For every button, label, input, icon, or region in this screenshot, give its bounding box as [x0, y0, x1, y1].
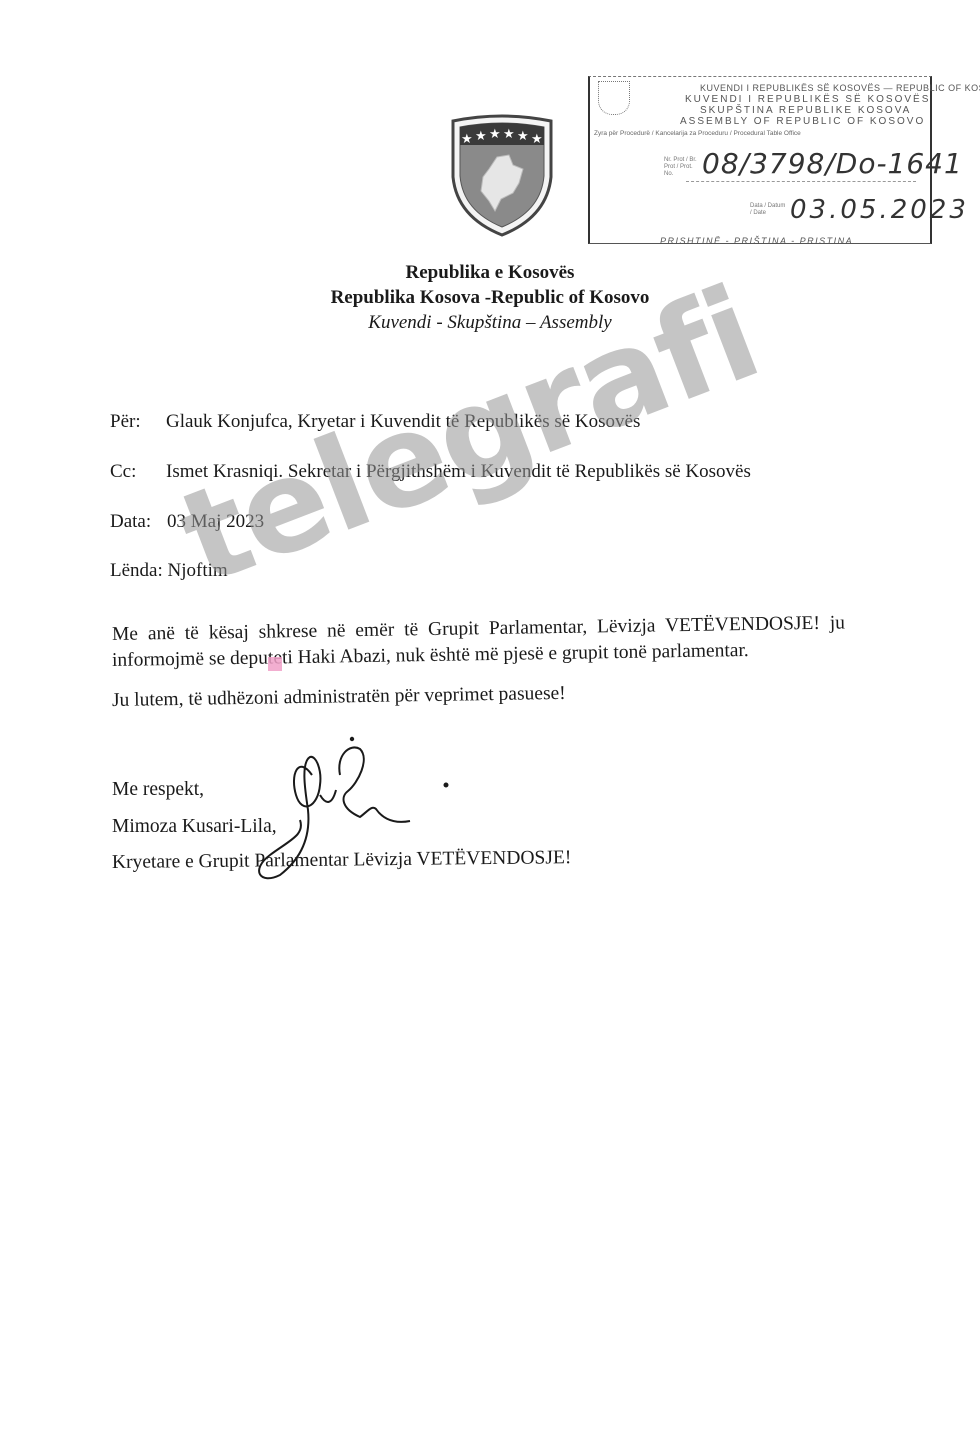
svg-text:★: ★ [503, 127, 515, 142]
coat-of-arms-icon: ★ ★ ★ ★ ★ ★ [447, 113, 557, 237]
stamp-prot-labels: Nr. Prot / Br. Prot / Prot. No. [664, 157, 700, 178]
stamp-line-2: KUVENDI I REPUBLIKËS SË KOSOVËS [685, 94, 930, 105]
watermark-dot-icon [268, 657, 282, 671]
signature-icon [240, 735, 470, 895]
svg-text:★: ★ [489, 127, 501, 142]
stamp-office: Zyra për Procedurë / Kancelarija za Proc… [594, 130, 801, 137]
svg-text:★: ★ [461, 132, 473, 147]
stamp-line-1: KUVENDI I REPUBLIKËS SË KOSOVËS — REPUBL… [700, 83, 980, 93]
header-line-2: Republika Kosova -Republic of Kosovo [0, 287, 980, 309]
stamp-city: PRISHTINË - PRIŠTINA - PRISTINA [660, 236, 853, 246]
header-line-1: Republika e Kosovës [0, 262, 980, 284]
stamp-emblem-icon [598, 81, 630, 115]
stamp-date-labels: Data / Datum / Date [750, 203, 786, 217]
svg-text:★: ★ [517, 129, 529, 144]
body-paragraph-1-line-2: informojmë se deputeti Haki Abazi, nuk ë… [112, 640, 749, 672]
header-line-3: Kuvendi - Skupština – Assembly [0, 312, 980, 334]
stamp-line-3: SKUPŠTINA REPUBLIKE KOSOVA [700, 105, 911, 116]
per-label: Për: [110, 411, 166, 433]
registry-stamp: KUVENDI I REPUBLIKËS SË KOSOVËS — REPUBL… [588, 76, 932, 244]
stamp-line-4: ASSEMBLY OF REPUBLIC OF KOSOVO [680, 116, 925, 127]
data-label: Data: [110, 511, 167, 533]
stamp-prot-number: 08/3798/Do-1641 [702, 147, 963, 180]
closing-greeting: Me respekt, [112, 779, 204, 801]
body-paragraph-2: Ju lutem, të udhëzoni administratën për … [112, 683, 566, 712]
svg-text:★: ★ [531, 132, 543, 147]
lenda-label: Lënda: [110, 560, 163, 582]
cc-label: Cc: [110, 461, 166, 483]
svg-text:★: ★ [475, 129, 487, 144]
stamp-date-value: 03.05.2023 [790, 195, 969, 225]
